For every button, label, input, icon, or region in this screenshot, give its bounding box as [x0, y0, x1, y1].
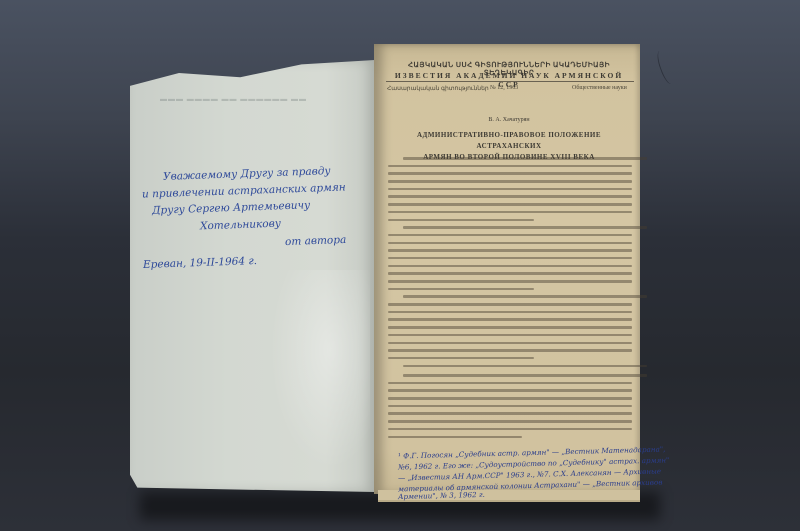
text-line [388, 165, 632, 168]
text-line [388, 280, 632, 283]
text-line [388, 342, 632, 345]
text-line [403, 365, 647, 368]
text-line [388, 242, 632, 245]
text-line [403, 295, 647, 298]
text-line [388, 436, 522, 439]
text-line [388, 195, 632, 198]
text-line [403, 226, 647, 229]
show-through-text: ▬▬▬ ▬▬▬▬ ▬▬ ▬▬▬▬▬▬ ▬▬ [160, 95, 360, 125]
text-line [388, 234, 632, 237]
text-line [388, 249, 632, 252]
text-line [388, 188, 632, 191]
text-line [388, 288, 534, 291]
article-author: В. А. Хачатурян [384, 117, 634, 123]
text-line [388, 203, 632, 206]
text-line [388, 180, 632, 183]
light-glare [270, 270, 370, 470]
text-line [388, 272, 632, 275]
text-line [388, 211, 632, 214]
article-body [388, 157, 632, 372]
text-line [388, 397, 632, 400]
title-line: АДМИНИСТРАТИВНО-ПРАВОВОЕ ПОЛОЖЕНИЕ АСТРА… [384, 130, 634, 152]
text-line [403, 157, 647, 160]
text-line [388, 326, 632, 329]
text-line [388, 219, 534, 222]
text-line [388, 420, 632, 423]
text-line [388, 389, 632, 392]
header-rule [386, 81, 634, 82]
text-line [388, 428, 632, 431]
text-line [388, 265, 632, 268]
text-line [388, 382, 632, 385]
section-right: Общественные науки [572, 85, 627, 91]
section-left: Հասարակական գիտություններ [387, 85, 489, 92]
text-line [388, 357, 534, 360]
text-line [388, 318, 632, 321]
text-line [388, 257, 632, 260]
footnotes-printed [388, 374, 632, 443]
text-line [388, 412, 632, 415]
text-line [403, 374, 647, 377]
text-line [388, 405, 632, 408]
text-line [388, 349, 632, 352]
dedication-signoff: от автора [285, 234, 347, 248]
text-line [388, 303, 632, 306]
backdrop-crease [654, 49, 676, 86]
handwritten-footnote-line: Армении", № 3, 1962 г. [398, 489, 485, 502]
issue-number: № 12, 1963 [490, 85, 518, 91]
text-line [388, 334, 632, 337]
text-line [388, 311, 632, 314]
text-line [388, 172, 632, 175]
